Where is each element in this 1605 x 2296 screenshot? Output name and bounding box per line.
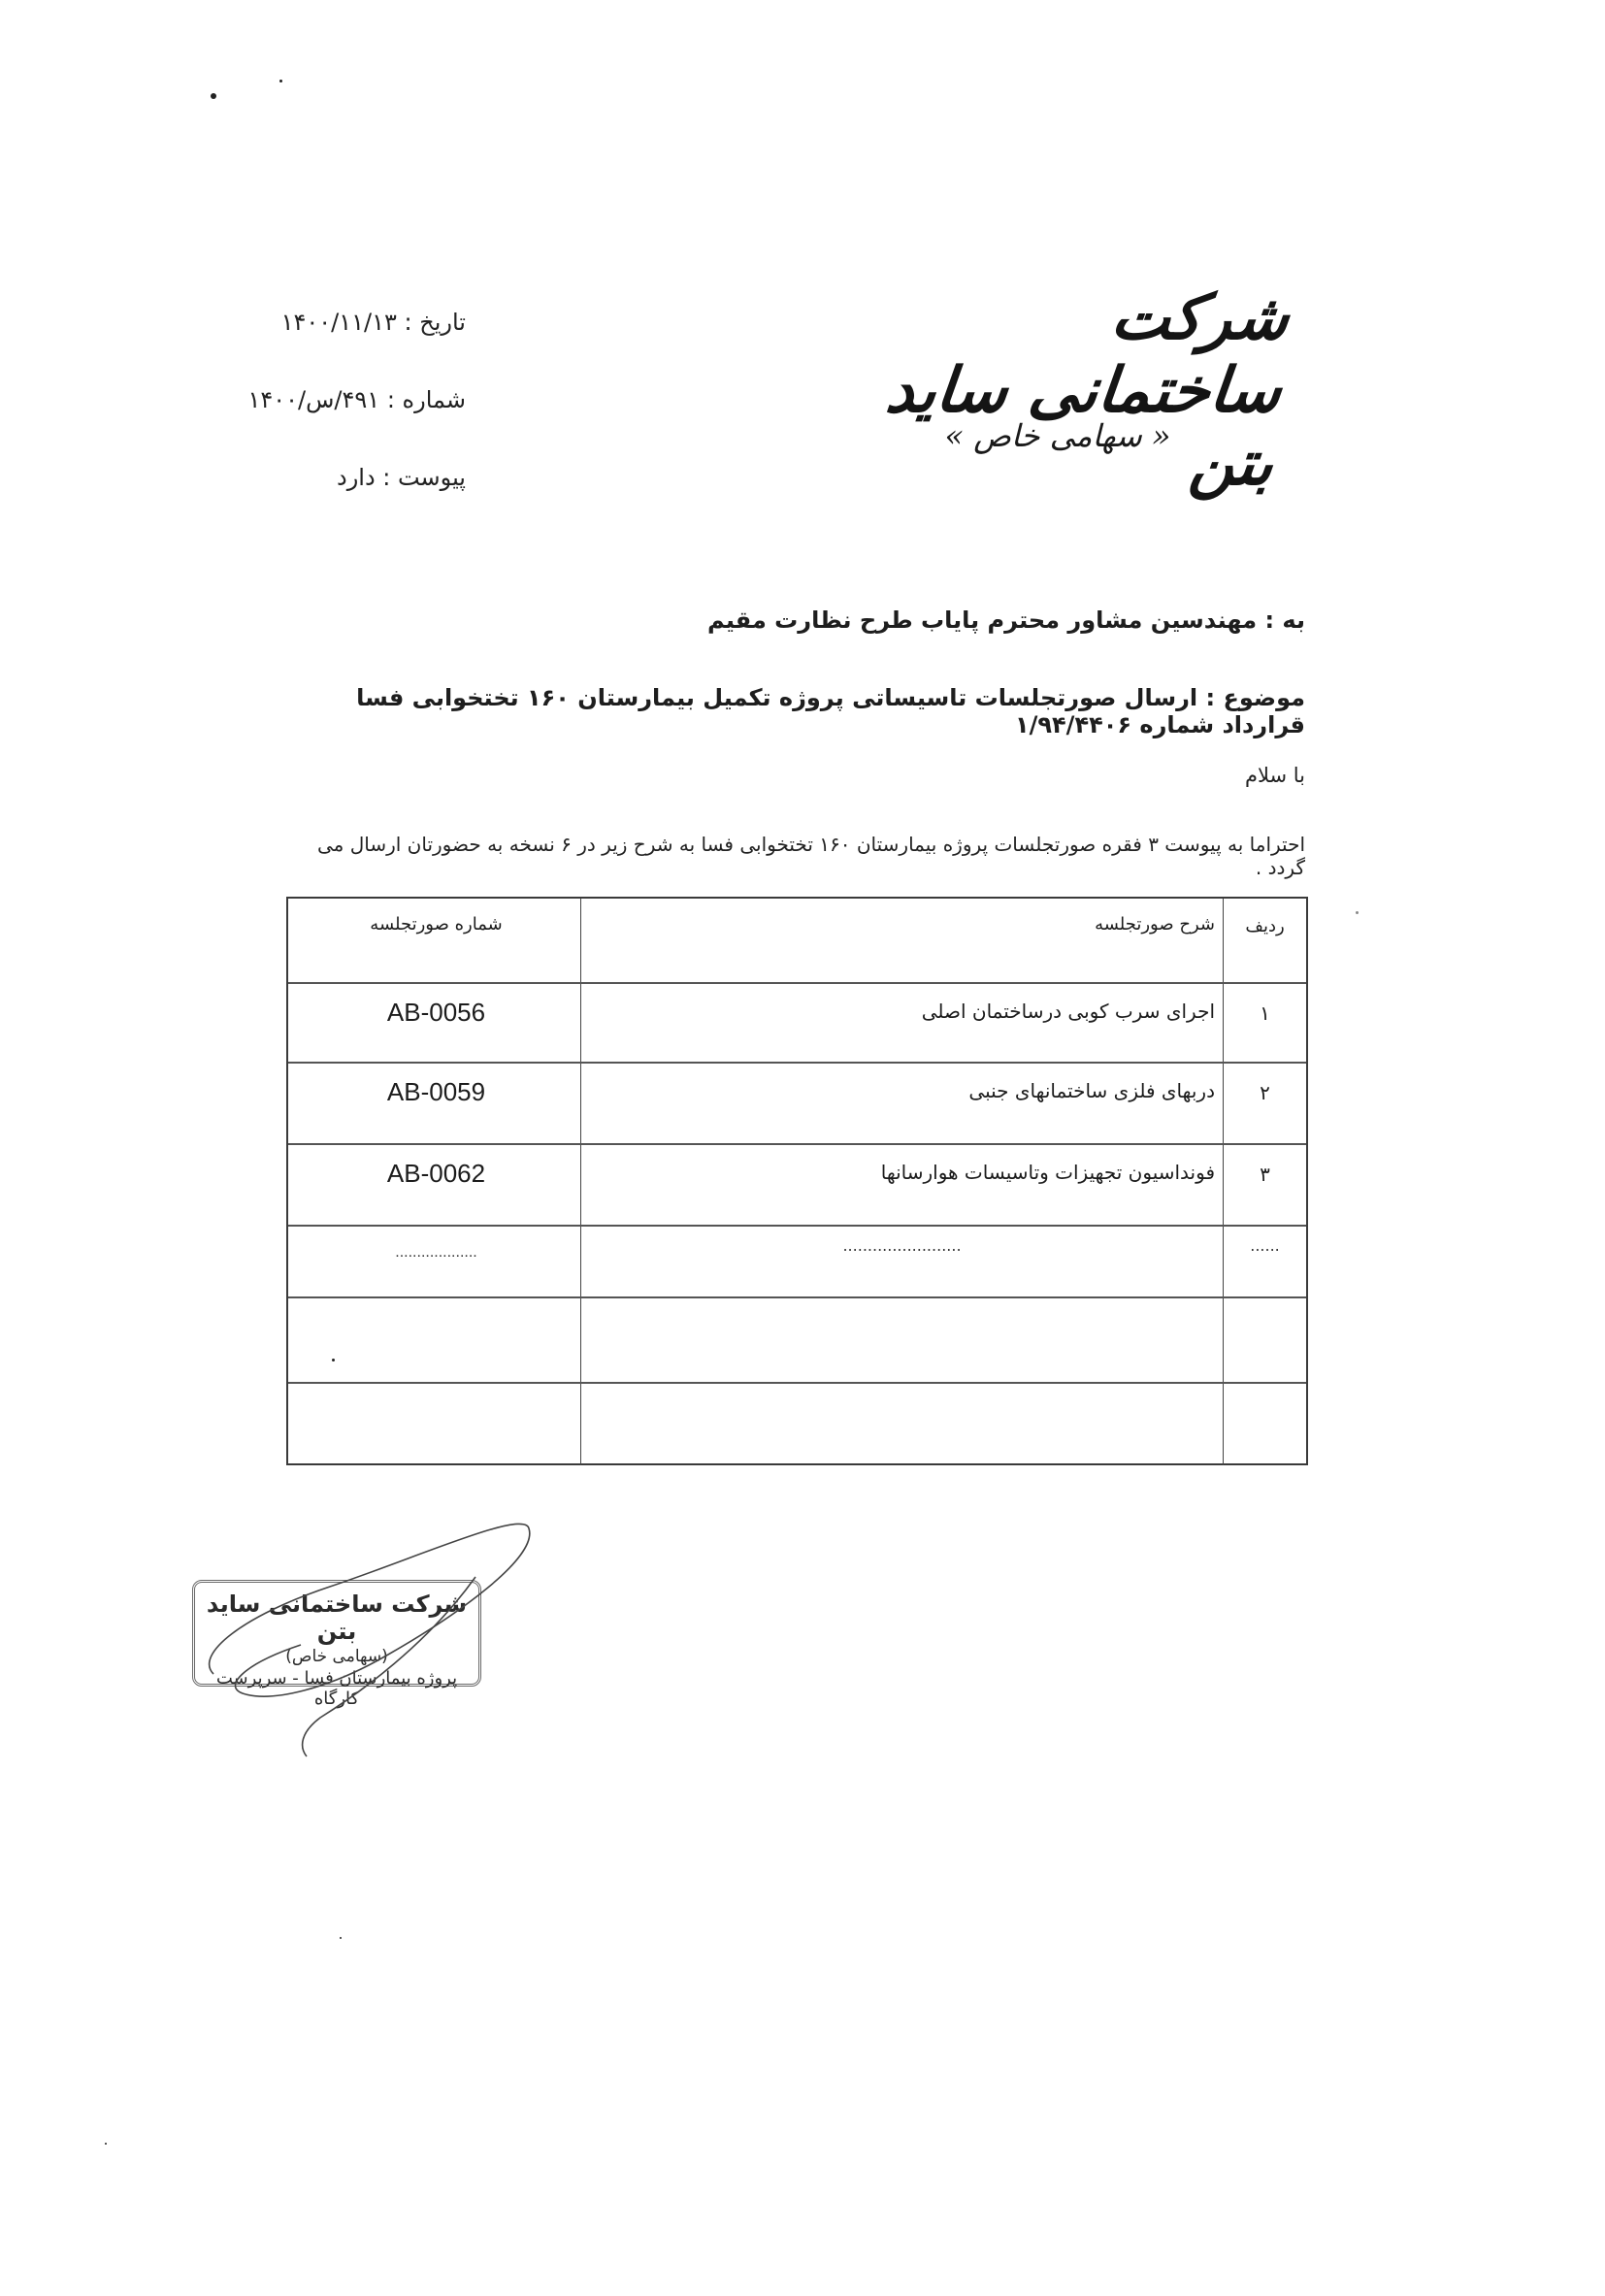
row-record-no [288, 1384, 584, 1465]
row-description: اجرای سرب کوبی درساختمان اصلی [580, 984, 1223, 1062]
body-paragraph: احتراما به پیوست ۳ فقره صورتجلسات پروژه … [291, 833, 1305, 879]
signature-icon [184, 1509, 553, 1761]
table-row-empty [288, 1384, 1306, 1465]
row-no: ۲ [1223, 1064, 1306, 1143]
row-description-placeholder: ........................ [580, 1227, 1223, 1296]
subject-line: موضوع : ارسال صورتجلسات تاسیساتی پروژه ت… [291, 684, 1305, 738]
row-record-no: AB-0056 [288, 984, 584, 1062]
row-no-placeholder: ...... [1223, 1227, 1306, 1296]
scan-speck [1356, 911, 1359, 914]
scan-speck [105, 2143, 107, 2145]
table-row: ۳ فونداسیون تجهیزات وتاسیسات هوارسانها A… [288, 1145, 1306, 1227]
attachment-status: پیوست : دارد [223, 464, 466, 491]
table-row-empty [288, 1298, 1306, 1384]
row-record-no-placeholder: ................... [288, 1227, 584, 1296]
header-row-no: ردیف [1223, 899, 1306, 982]
records-table: ردیف شرح صورتجلسه شماره صورتجلسه ۱ اجرای… [286, 897, 1308, 1465]
row-record-no [288, 1298, 584, 1382]
header-record-no: شماره صورتجلسه [288, 899, 584, 982]
row-description: دربهای فلزی ساختمانهای جنبی [580, 1064, 1223, 1143]
letter-number: شماره : ۴۹۱/س/۱۴۰۰ [223, 386, 466, 413]
company-name: شرکت ساختمانی ساید بتن [862, 281, 1293, 500]
row-description: فونداسیون تجهیزات وتاسیسات هوارسانها [580, 1145, 1223, 1225]
row-record-no: AB-0059 [288, 1064, 584, 1143]
row-no: ۱ [1223, 984, 1306, 1062]
greeting: با سلام [1067, 764, 1305, 787]
row-description [580, 1298, 1223, 1382]
row-no [1223, 1384, 1306, 1465]
table-row: ...... ........................ ........… [288, 1227, 1306, 1298]
scan-speck [211, 93, 216, 99]
table-header-row: ردیف شرح صورتجلسه شماره صورتجلسه [288, 899, 1306, 984]
row-no: ۳ [1223, 1145, 1306, 1225]
company-type: « سهامی خاص » [932, 417, 1184, 454]
row-record-no: AB-0062 [288, 1145, 584, 1225]
table-row: ۲ دربهای فلزی ساختمانهای جنبی AB-0059 [288, 1064, 1306, 1145]
row-no [1223, 1298, 1306, 1382]
recipient-line: به : مهندسین مشاور محترم پایاب طرح نظارت… [582, 607, 1305, 634]
scan-speck [340, 1937, 342, 1939]
header-description: شرح صورتجلسه [580, 899, 1223, 982]
letter-date: تاریخ : ۱۴۰۰/۱۱/۱۳ [223, 309, 466, 336]
table-row: ۱ اجرای سرب کوبی درساختمان اصلی AB-0056 [288, 984, 1306, 1064]
row-description [580, 1384, 1223, 1465]
scan-speck [279, 80, 282, 82]
